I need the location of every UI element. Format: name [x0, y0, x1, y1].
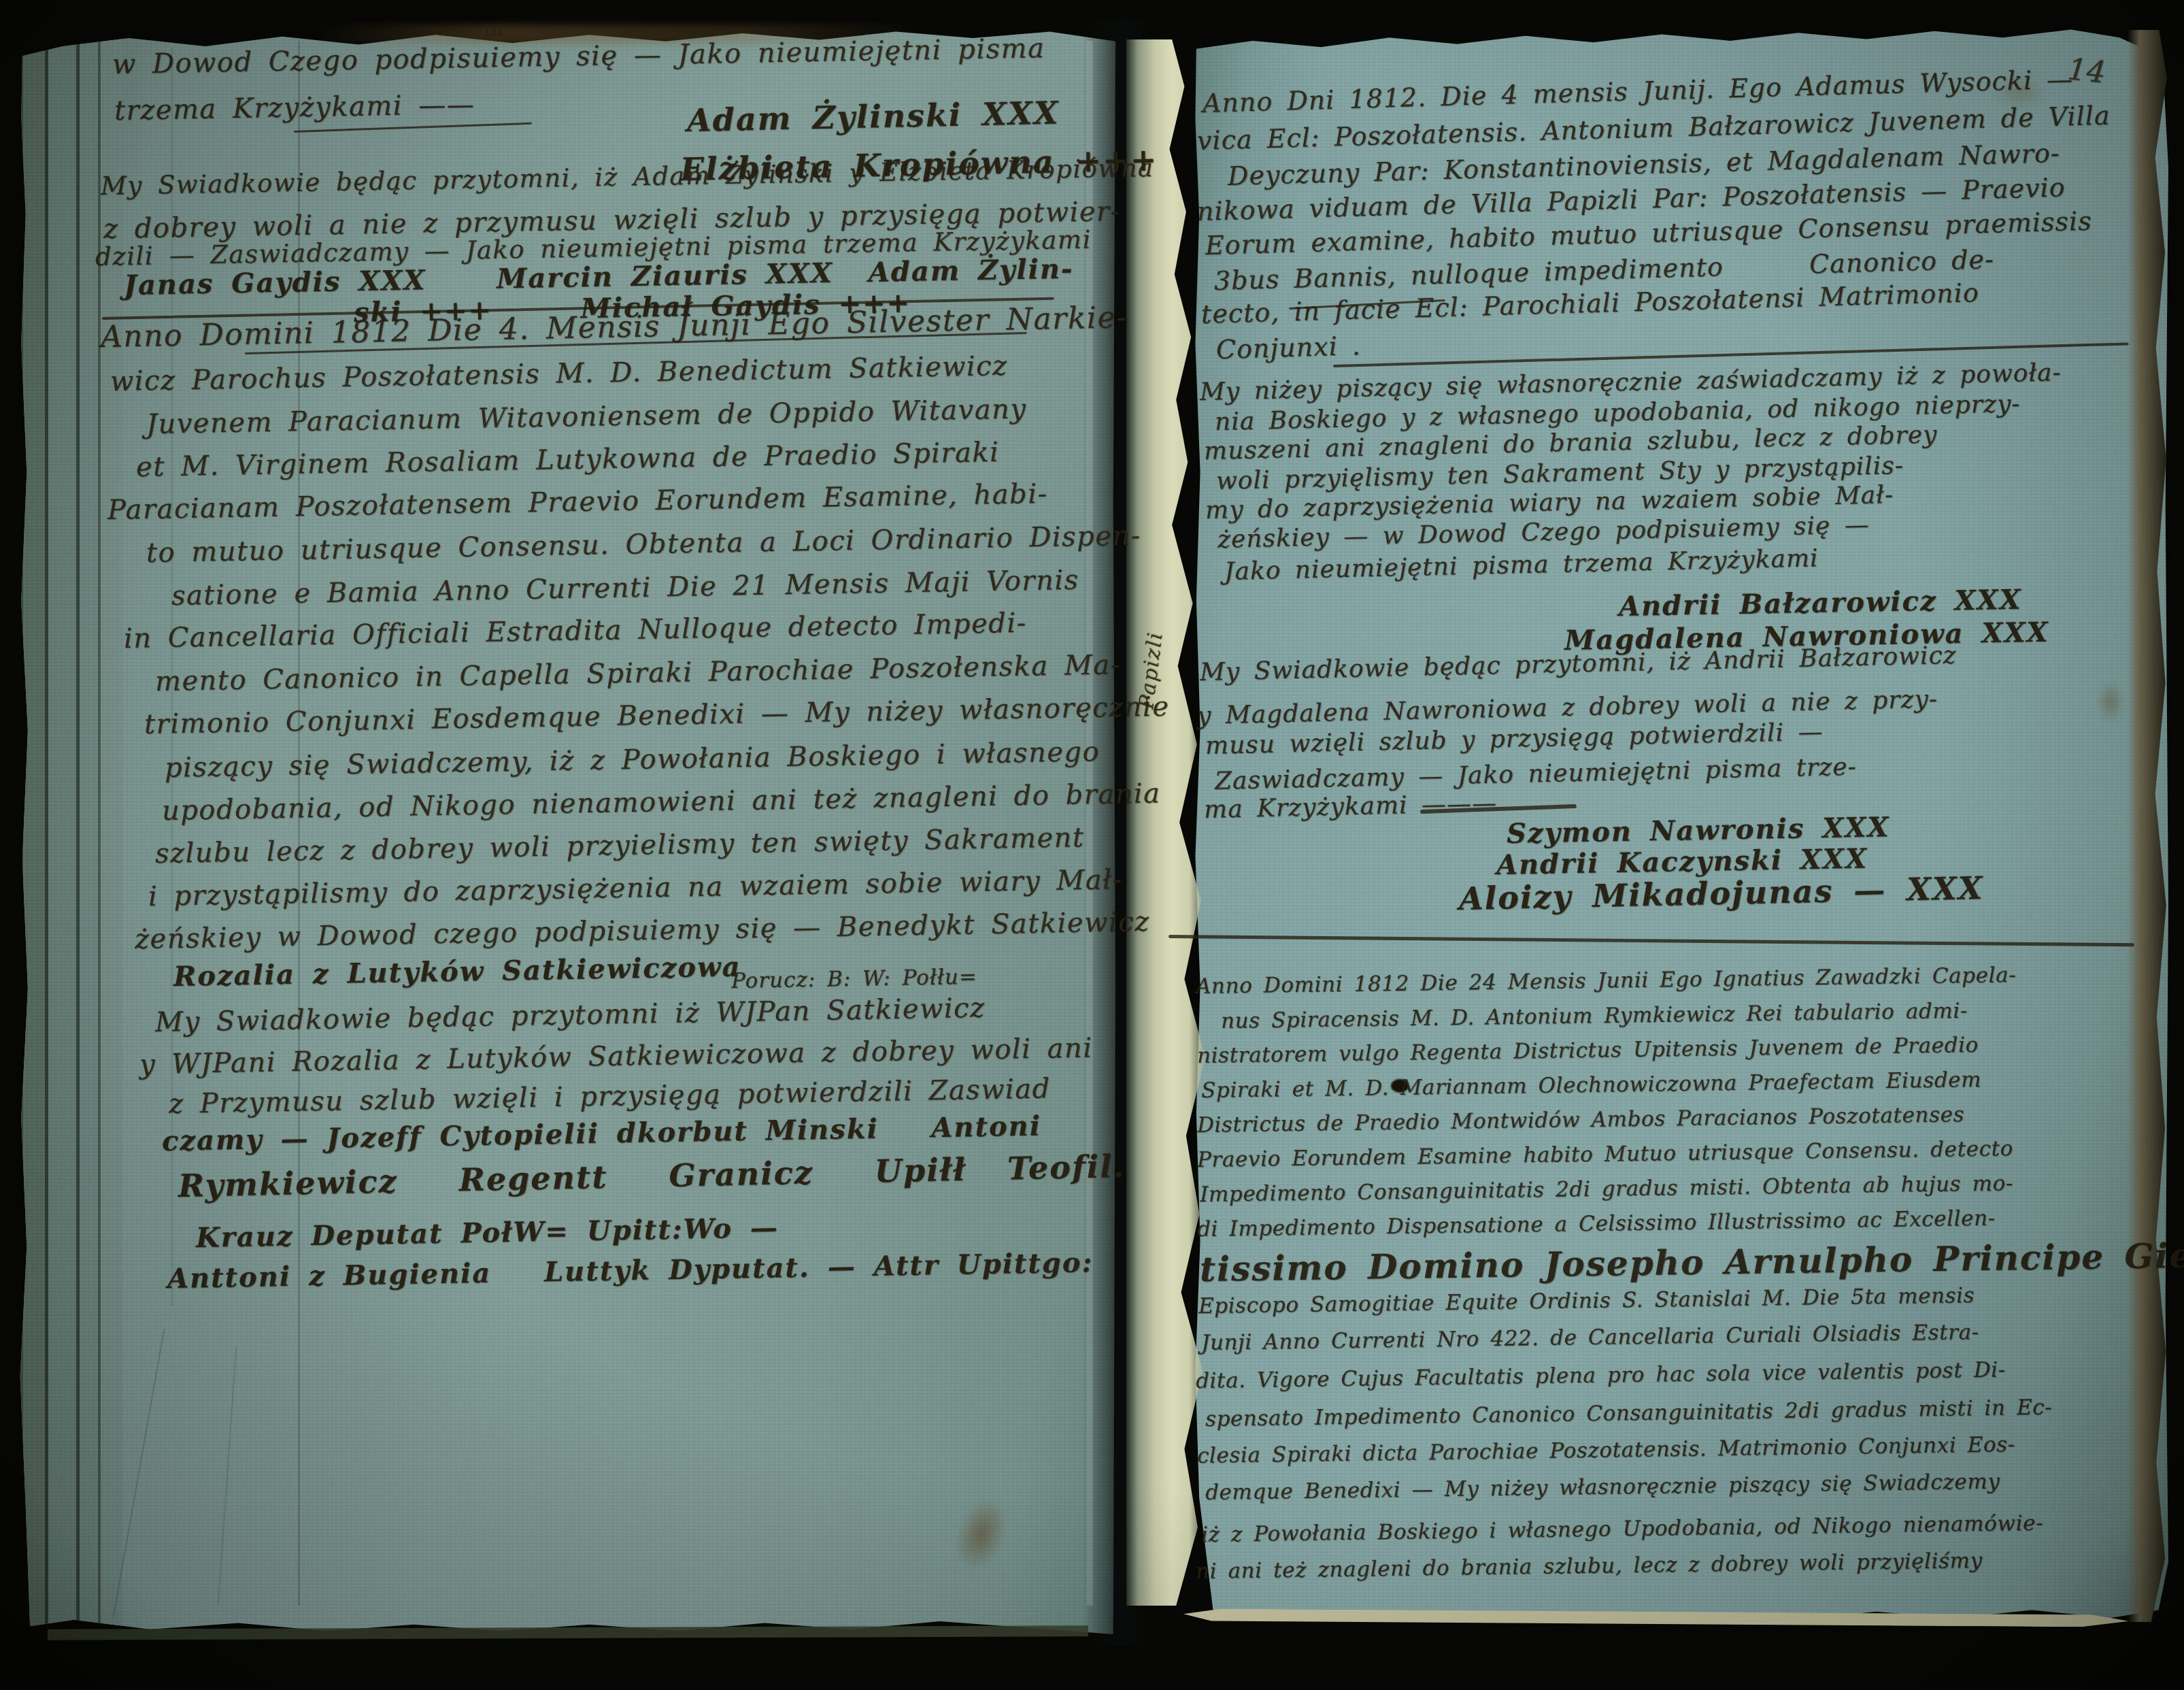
left-page-edge-highlight: [1087, 41, 1093, 1606]
manuscript-line: Conjunxi .: [1215, 331, 1361, 365]
manuscript-line: trzema Krzyżykami ——: [114, 89, 475, 127]
signature-line: Adam Żylinski XXX: [686, 95, 1059, 139]
scanned-register-spread: { "colors": { "background": "#070705", "…: [0, 0, 2184, 1690]
inserted-word: tu: [484, 18, 504, 41]
page-crease: [218, 1347, 237, 1605]
signature-line: Porucz: B: W: Połłu=: [731, 965, 977, 993]
left-bottom-edge: [48, 1625, 1088, 1640]
